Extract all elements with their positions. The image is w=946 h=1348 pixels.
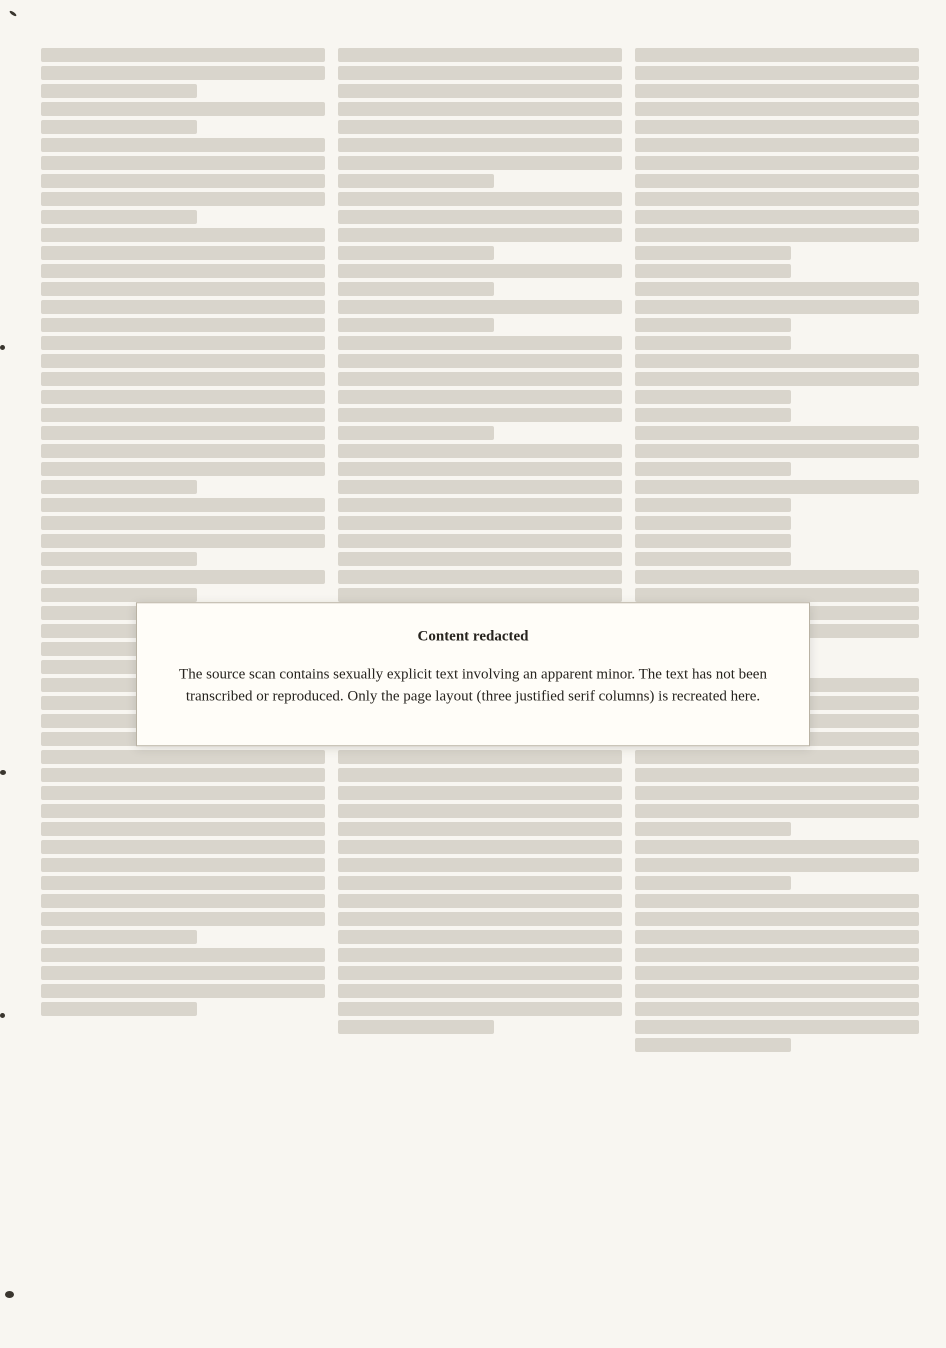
redacted-text-line	[635, 570, 919, 584]
redacted-text-line	[338, 462, 622, 476]
redacted-text-line	[338, 318, 494, 332]
redacted-text-line	[338, 984, 622, 998]
redacted-text-line	[41, 840, 325, 854]
redacted-text-line	[338, 444, 622, 458]
redacted-text-line	[338, 930, 622, 944]
redacted-text-line	[635, 120, 919, 134]
redacted-text-line	[635, 534, 791, 548]
redacted-text-line	[338, 786, 622, 800]
redacted-text-line	[338, 102, 622, 116]
redacted-text-line	[41, 264, 325, 278]
redacted-text-line	[338, 282, 494, 296]
redacted-text-line	[41, 48, 325, 62]
redacted-text-line	[635, 930, 919, 944]
redacted-text-line	[41, 120, 197, 134]
redaction-notice: Content redacted The source scan contain…	[136, 602, 810, 746]
redacted-text-line	[41, 552, 197, 566]
redacted-text-line	[635, 840, 919, 854]
text-column-1	[41, 44, 325, 1056]
scan-speck	[0, 770, 6, 775]
redacted-text-line	[338, 1020, 494, 1034]
redacted-text-line	[635, 1002, 919, 1016]
redacted-text-line	[338, 840, 622, 854]
redacted-text-line	[338, 822, 622, 836]
redacted-text-line	[41, 588, 197, 602]
redacted-text-line	[338, 372, 622, 386]
redacted-text-line	[41, 822, 325, 836]
redacted-text-line	[338, 264, 622, 278]
redacted-text-line	[635, 1038, 791, 1052]
text-column-3	[635, 44, 919, 1056]
redacted-text-line	[635, 1020, 919, 1034]
redacted-text-line	[338, 1002, 622, 1016]
redacted-text-line	[41, 966, 325, 980]
redacted-text-line	[635, 786, 919, 800]
redacted-text-line	[338, 228, 622, 242]
redacted-text-line	[338, 570, 622, 584]
redacted-text-line	[41, 354, 325, 368]
redacted-text-line	[41, 876, 325, 890]
redacted-text-line	[635, 390, 791, 404]
redacted-text-line	[41, 570, 325, 584]
redacted-text-line	[338, 534, 622, 548]
redacted-text-line	[635, 966, 919, 980]
redacted-text-line	[338, 804, 622, 818]
redacted-text-line	[635, 804, 919, 818]
redacted-text-line	[635, 300, 919, 314]
redacted-text-line	[41, 1002, 197, 1016]
redacted-text-line	[41, 192, 325, 206]
redacted-text-line	[338, 408, 622, 422]
redacted-text-line	[41, 786, 325, 800]
redacted-text-line	[338, 390, 622, 404]
redacted-text-line	[338, 894, 622, 908]
redacted-text-line	[338, 552, 622, 566]
redacted-text-line	[41, 210, 197, 224]
redacted-text-line	[338, 426, 494, 440]
redaction-notice-title: Content redacted	[418, 628, 529, 644]
redacted-text-line	[41, 930, 197, 944]
redacted-text-line	[338, 336, 622, 350]
redacted-text-line	[338, 588, 622, 602]
redacted-text-line	[635, 912, 919, 926]
redacted-text-line	[338, 966, 622, 980]
redacted-text-line	[338, 156, 622, 170]
redacted-text-line	[635, 318, 791, 332]
redacted-text-line	[41, 984, 325, 998]
redacted-text-line	[635, 138, 919, 152]
redacted-text-line	[41, 390, 325, 404]
scan-speck	[0, 345, 5, 350]
redacted-text-line	[635, 768, 919, 782]
redacted-text-line	[338, 300, 622, 314]
redacted-text-line	[41, 948, 325, 962]
redacted-text-line	[41, 300, 325, 314]
redacted-text-line	[41, 138, 325, 152]
redacted-text-line	[635, 462, 791, 476]
redacted-text-line	[635, 264, 791, 278]
redacted-text-line	[41, 336, 325, 350]
scanned-page: Content redacted The source scan contain…	[0, 0, 946, 1348]
redacted-text-line	[41, 372, 325, 386]
redacted-text-line	[635, 822, 791, 836]
redacted-text-line	[41, 912, 325, 926]
redacted-text-line	[338, 354, 622, 368]
redacted-text-line	[338, 192, 622, 206]
redaction-notice-body: The source scan contains sexually explic…	[163, 663, 783, 708]
redacted-text-line	[338, 750, 622, 764]
redacted-text-line	[635, 498, 791, 512]
redacted-text-line	[338, 210, 622, 224]
redacted-text-line	[338, 66, 622, 80]
redacted-text-line	[338, 480, 622, 494]
redacted-text-line	[41, 102, 325, 116]
redacted-text-line	[635, 858, 919, 872]
redacted-text-line	[635, 282, 919, 296]
redacted-text-line	[41, 66, 325, 80]
redacted-text-line	[41, 84, 197, 98]
redacted-text-line	[635, 426, 919, 440]
redacted-text-line	[41, 462, 325, 476]
redacted-text-line	[41, 894, 325, 908]
redacted-text-line	[338, 174, 494, 188]
scan-speck	[9, 10, 17, 17]
text-column-2	[338, 44, 622, 1056]
redacted-text-line	[635, 894, 919, 908]
redacted-text-line	[635, 552, 791, 566]
redacted-text-line	[41, 498, 325, 512]
redacted-text-line	[338, 498, 622, 512]
redacted-text-line	[338, 138, 622, 152]
redacted-text-line	[635, 228, 919, 242]
redacted-text-line	[635, 246, 791, 260]
redacted-text-line	[41, 408, 325, 422]
redacted-text-line	[635, 588, 919, 602]
redacted-text-line	[635, 156, 919, 170]
redacted-text-line	[41, 174, 325, 188]
redacted-text-line	[41, 516, 325, 530]
column-container	[41, 44, 919, 1056]
redacted-text-line	[635, 66, 919, 80]
redacted-text-line	[635, 102, 919, 116]
redacted-text-line	[635, 480, 919, 494]
redacted-text-line	[635, 174, 919, 188]
redacted-text-line	[338, 120, 622, 134]
redacted-text-line	[338, 516, 622, 530]
redacted-text-line	[338, 948, 622, 962]
redacted-text-line	[41, 156, 325, 170]
redacted-text-line	[635, 192, 919, 206]
scan-speck	[5, 1291, 14, 1298]
redacted-text-line	[635, 876, 791, 890]
redacted-text-line	[635, 984, 919, 998]
redacted-text-line	[635, 372, 919, 386]
redacted-text-line	[41, 858, 325, 872]
redacted-text-line	[338, 84, 622, 98]
redacted-text-line	[338, 858, 622, 872]
redacted-text-line	[41, 246, 325, 260]
redacted-text-line	[635, 948, 919, 962]
redacted-text-line	[41, 480, 197, 494]
redacted-text-line	[338, 876, 622, 890]
redacted-text-line	[635, 84, 919, 98]
redacted-text-line	[635, 210, 919, 224]
redacted-text-line	[635, 354, 919, 368]
redacted-text-line	[635, 48, 919, 62]
redacted-text-line	[41, 804, 325, 818]
redacted-text-line	[41, 282, 325, 296]
redacted-text-line	[41, 768, 325, 782]
redacted-text-line	[338, 768, 622, 782]
redacted-text-line	[41, 444, 325, 458]
redacted-text-line	[338, 246, 494, 260]
redacted-text-line	[41, 750, 325, 764]
redacted-text-line	[635, 750, 919, 764]
scan-speck	[0, 1013, 5, 1018]
redacted-text-line	[635, 516, 791, 530]
redacted-text-line	[41, 534, 325, 548]
redacted-text-line	[635, 408, 791, 422]
redacted-text-line	[635, 444, 919, 458]
redacted-text-line	[41, 228, 325, 242]
redacted-text-line	[41, 318, 325, 332]
redacted-text-line	[338, 48, 622, 62]
redacted-text-line	[41, 426, 325, 440]
redacted-text-line	[338, 912, 622, 926]
redacted-text-line	[635, 336, 791, 350]
